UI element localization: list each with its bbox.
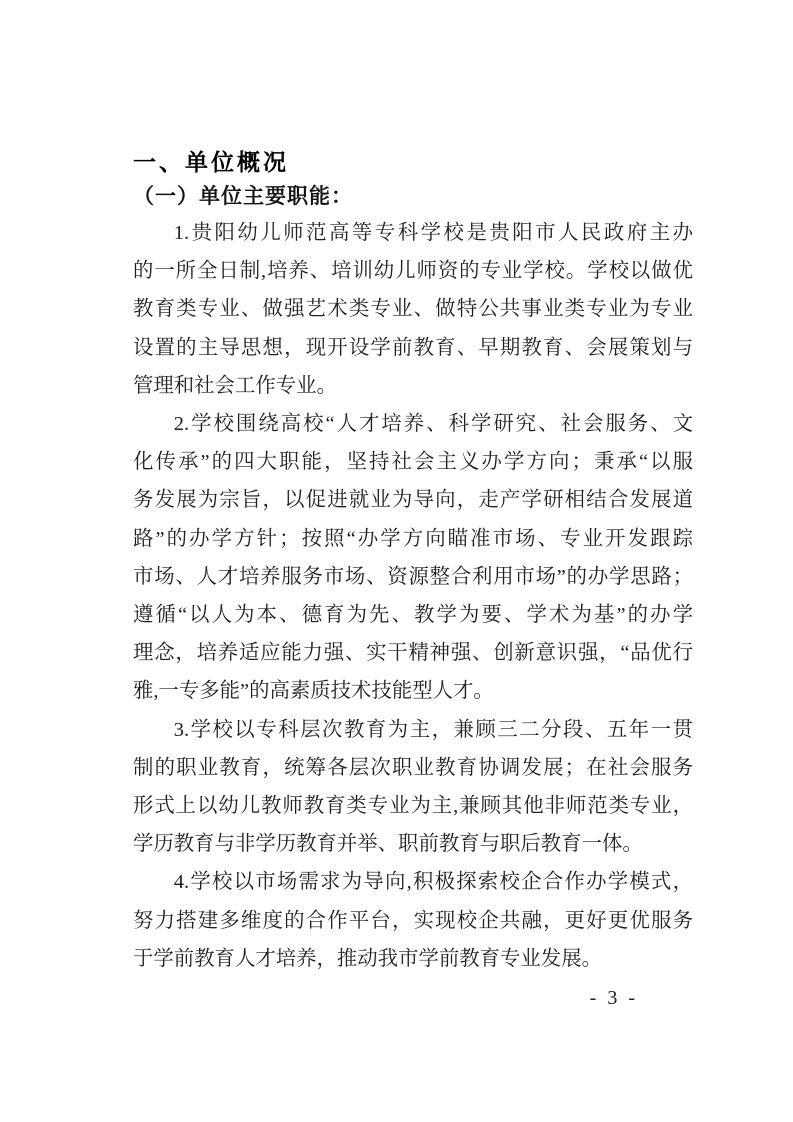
text-line: 化传承”的四大职能，坚持社会主义办学方向；秉承“以服 <box>133 443 693 481</box>
paragraph-4: 4.学校以市场需求为导向,积极探索校企合作办学模式， 努力搭建多维度的合作平台，… <box>133 863 693 978</box>
body-text: 1.贵阳幼儿师范高等专科学校是贵阳市人民政府主办 的一所全日制,培养、培训幼儿师… <box>133 214 693 978</box>
text-line: 的一所全日制,培养、培训幼儿师资的专业学校。学校以做优 <box>133 252 693 290</box>
text-line: 雅,一专多能”的高素质技术技能型人才。 <box>133 672 693 710</box>
document-content: 一、单位概况 （一）单位主要职能： 1.贵阳幼儿师范高等专科学校是贵阳市人民政府… <box>133 146 693 978</box>
text-line: 3.学校以专科层次教育为主，兼顾三二分段、五年一贯 <box>133 711 693 749</box>
paragraph-3: 3.学校以专科层次教育为主，兼顾三二分段、五年一贯 制的职业教育，统筹各层次职业… <box>133 711 693 864</box>
section-heading: 一、单位概况 <box>133 146 693 178</box>
subsection-heading: （一）单位主要职能： <box>133 180 693 212</box>
text-line: 2.学校围绕高校“人才培养、科学研究、社会服务、文 <box>133 405 693 443</box>
text-line: 路”的办学方针；按照“办学方向瞄准市场、专业开发跟踪 <box>133 520 693 558</box>
text-line: 努力搭建多维度的合作平台，实现校企共融，更好更优服务 <box>133 902 693 940</box>
paragraph-2: 2.学校围绕高校“人才培养、科学研究、社会服务、文 化传承”的四大职能，坚持社会… <box>133 405 693 711</box>
text-line: 学历教育与非学历教育并举、职前教育与职后教育一体。 <box>133 825 693 863</box>
text-line: 1.贵阳幼儿师范高等专科学校是贵阳市人民政府主办 <box>133 214 693 252</box>
text-line: 制的职业教育，统筹各层次职业教育协调发展；在社会服务 <box>133 749 693 787</box>
text-line: 设置的主导思想，现开设学前教育、早期教育、会展策划与 <box>133 329 693 367</box>
text-line: 4.学校以市场需求为导向,积极探索校企合作办学模式， <box>133 863 693 901</box>
text-line: 遵循“以人为本、德育为先、教学为要、学术为基”的办学 <box>133 596 693 634</box>
text-line: 于学前教育人才培养，推动我市学前教育专业发展。 <box>133 940 693 978</box>
paragraph-1: 1.贵阳幼儿师范高等专科学校是贵阳市人民政府主办 的一所全日制,培养、培训幼儿师… <box>133 214 693 405</box>
document-page: 一、单位概况 （一）单位主要职能： 1.贵阳幼儿师范高等专科学校是贵阳市人民政府… <box>0 0 793 1122</box>
text-line: 形式上以幼儿教师教育类专业为主,兼顾其他非师范类专业， <box>133 787 693 825</box>
text-line: 务发展为宗旨，以促进就业为导向，走产学研相结合发展道 <box>133 481 693 519</box>
text-line: 市场、人才培养服务市场、资源整合利用市场”的办学思路； <box>133 558 693 596</box>
text-line: 管理和社会工作专业。 <box>133 367 693 405</box>
text-line: 理念，培养适应能力强、实干精神强、创新意识强，“品优行 <box>133 634 693 672</box>
text-line: 教育类专业、做强艺术类专业、做特公共事业类专业为专业 <box>133 290 693 328</box>
page-number: - 3 - <box>590 986 638 1010</box>
